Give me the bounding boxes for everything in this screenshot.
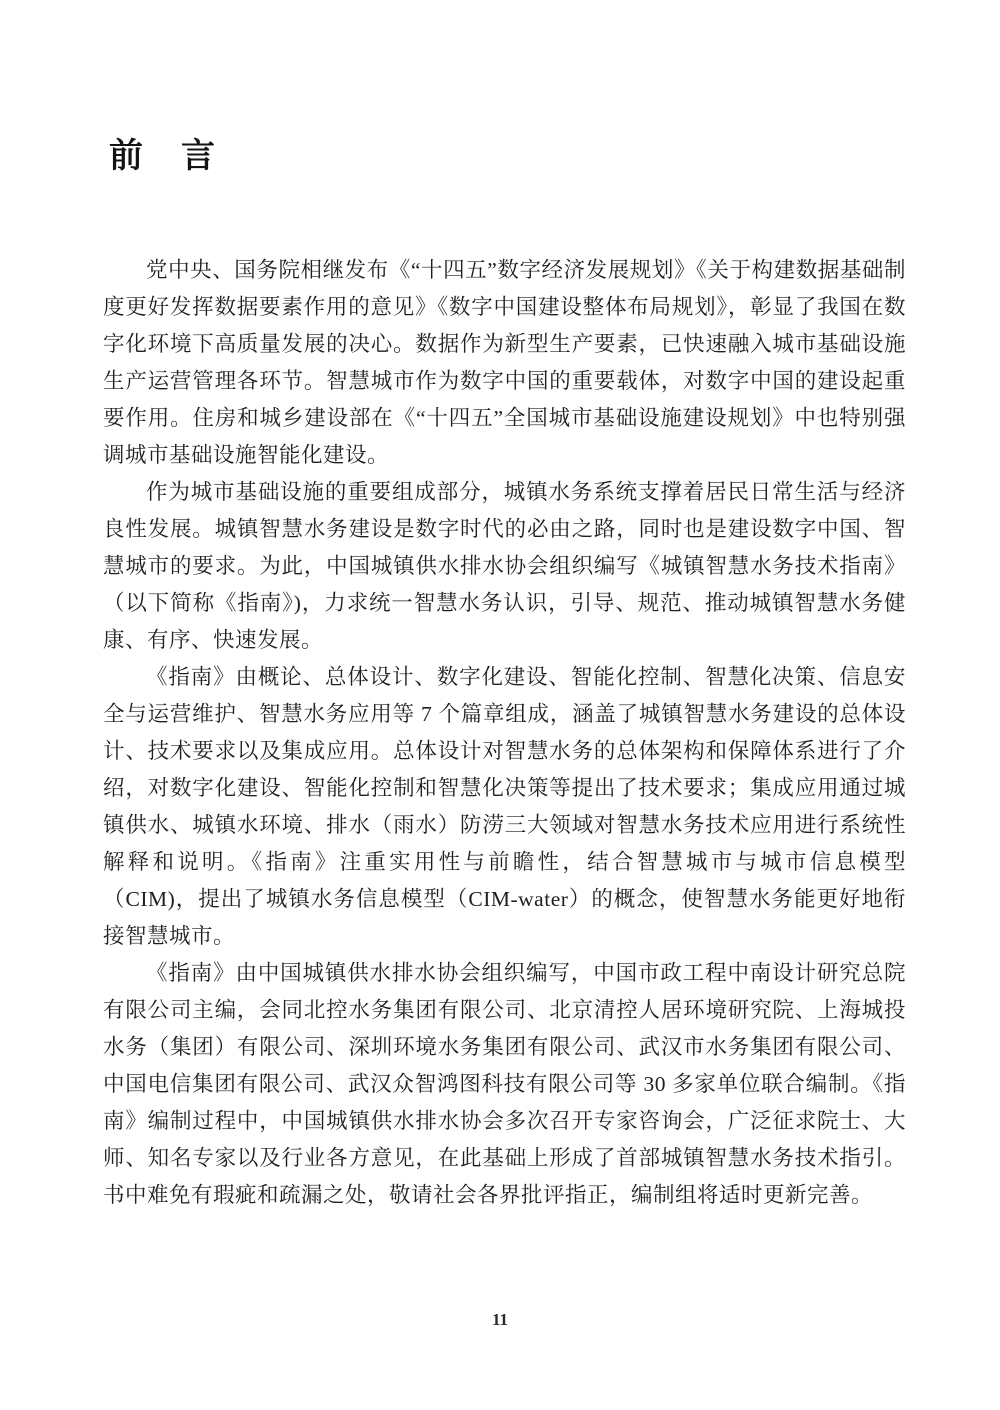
page-title: 前 言 [109, 128, 217, 177]
page-number: 11 [0, 1310, 1000, 1330]
paragraph-guide-authors: 《指南》由中国城镇供水排水协会组织编写，中国市政工程中南设计研究总院有限公司主编… [103, 955, 906, 1214]
paragraph-policy-background: 党中央、国务院相继发布《“十四五”数字经济发展规划》《关于构建数据基础制度更好发… [103, 252, 906, 474]
document-page: 前 言 党中央、国务院相继发布《“十四五”数字经济发展规划》《关于构建数据基础制… [0, 0, 1000, 1410]
paragraph-guide-structure: 《指南》由概论、总体设计、数字化建设、智能化控制、智慧化决策、信息安全与运营维护… [103, 659, 906, 955]
document-body: 党中央、国务院相继发布《“十四五”数字经济发展规划》《关于构建数据基础制度更好发… [103, 252, 906, 1214]
paragraph-guide-purpose: 作为城市基础设施的重要组成部分，城镇水务系统支撑着居民日常生活与经济良性发展。城… [103, 474, 906, 659]
